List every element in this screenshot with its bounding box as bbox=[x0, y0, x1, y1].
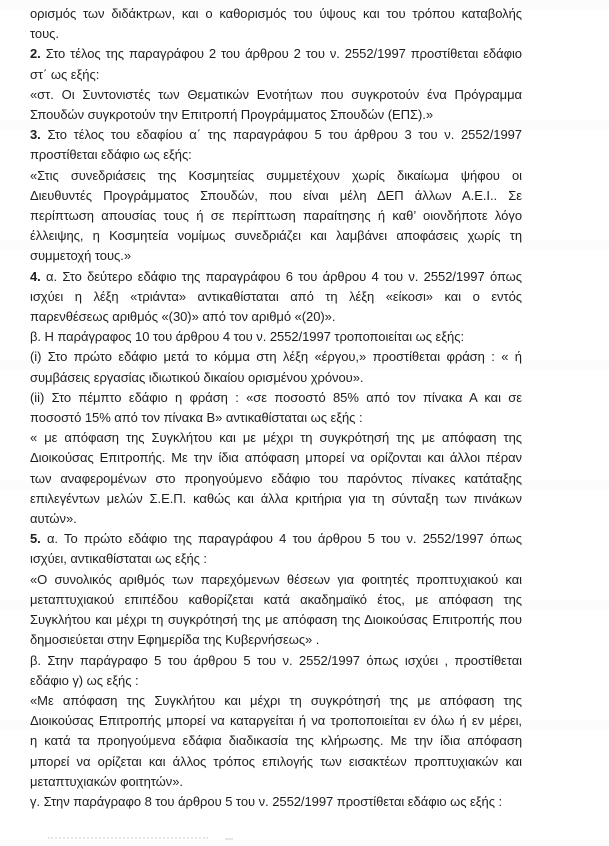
text-line: Διευθυντές Προγράμματος Σπουδών, που είν… bbox=[30, 186, 522, 206]
text-line: περίπτωση απουσίας τους ή σε περίπτωση π… bbox=[30, 206, 522, 226]
text-line: β. Η παράγραφος 10 του άρθρου 4 του ν. 2… bbox=[30, 327, 522, 347]
scan-artifact-dot bbox=[225, 838, 233, 840]
text-line: Διοικούσας Επιτροπής μπορεί να καταργείτ… bbox=[30, 711, 522, 731]
paragraph: γ. Στην παράγραφο 8 του άρθρου 5 του ν. … bbox=[30, 792, 522, 812]
paragraph: 4. α. Στο δεύτερο εδάφιο της παραγράφου … bbox=[30, 267, 522, 328]
text-line: «Ο συνολικός αριθμός των παρεχόμενων θέσ… bbox=[30, 570, 522, 590]
text-line: δημοσιεύεται στην Εφημερίδα της Κυβερνήσ… bbox=[30, 630, 522, 650]
paragraph: (ii) Στο πέμπτο εδάφιο η φράση : «σε ποσ… bbox=[30, 388, 522, 428]
text-line: προστίθεται εδάφιο ως εξής: bbox=[30, 145, 522, 165]
text-line: Σπουδών συγκροτούν την Επιτροπή Προγράμμ… bbox=[30, 105, 522, 125]
text-line: επιλεγέντων μελών Σ.Ε.Π. καθώς και άλλα … bbox=[30, 489, 522, 509]
paragraph-number: 2. bbox=[30, 46, 41, 61]
text-line: «στ. Οι Συντονιστές των Θεματικών Ενοτήτ… bbox=[30, 85, 522, 105]
text-line: ποσοστό 15% από τον πίνακα Β» αντικαθίστ… bbox=[30, 408, 522, 428]
text-line: τους. bbox=[30, 24, 522, 44]
scan-artifact bbox=[48, 837, 208, 843]
text-line: στ΄ ως εξής: bbox=[30, 65, 522, 85]
text-line: 3. Στο τέλος του εδαφίου α΄ της παραγράφ… bbox=[30, 125, 522, 145]
text-line: συμβάσεις εργασίας ιδιωτικού δικαίου ορι… bbox=[30, 368, 522, 388]
paragraph: β. Η παράγραφος 10 του άρθρου 4 του ν. 2… bbox=[30, 327, 522, 347]
text-line: «Με απόφαση της Συγκλήτου και μέχρι τη σ… bbox=[30, 691, 522, 711]
text-line: « με απόφαση της Συγκλήτου και με μέχρι … bbox=[30, 428, 522, 448]
paragraph-number: 5. bbox=[30, 531, 41, 546]
text-line: παρενθέσεως αριθμός «(30)» από τον αριθμ… bbox=[30, 307, 522, 327]
text-line: 4. α. Στο δεύτερο εδάφιο της παραγράφου … bbox=[30, 267, 522, 287]
text-line: β. Στην παράγραφο 5 του άρθρου 5 του ν. … bbox=[30, 651, 522, 671]
paragraph: ορισμός των διδάκτρων, και ο καθορισμός … bbox=[30, 4, 522, 44]
paragraph: (i) Στο πρώτο εδάφιο μετά το κόμμα στη λ… bbox=[30, 347, 522, 387]
paragraph: «στ. Οι Συντονιστές των Θεματικών Ενοτήτ… bbox=[30, 85, 522, 125]
text-line: αυτών». bbox=[30, 509, 522, 529]
paragraph-number: 4. bbox=[30, 269, 41, 284]
text-line: Συγκλήτου και μέχρι τη συγκρότησή της με… bbox=[30, 610, 522, 630]
text-line: μεταπτυχιακών φοιτητών». bbox=[30, 772, 522, 792]
paragraph: «Ο συνολικός αριθμός των παρεχόμενων θέσ… bbox=[30, 570, 522, 651]
paragraph: 5. α. Το πρώτο εδάφιο της παραγράφου 4 τ… bbox=[30, 529, 522, 569]
text-line: «Στις συνεδριάσεις της Κοσμητείας συμμετ… bbox=[30, 166, 522, 186]
text-line: εδάφιο γ) ως εξής : bbox=[30, 671, 522, 691]
text-line: Διοικούσας Επιτροπής. Με την ίδια απόφασ… bbox=[30, 448, 522, 468]
paragraph: 2. Στο τέλος της παραγράφου 2 του άρθρου… bbox=[30, 44, 522, 84]
paragraph: «Με απόφαση της Συγκλήτου και μέχρι τη σ… bbox=[30, 691, 522, 792]
text-line: συμμετοχή τους.» bbox=[30, 246, 522, 266]
text-line: (ii) Στο πέμπτο εδάφιο η φράση : «σε ποσ… bbox=[30, 388, 522, 408]
paragraph: β. Στην παράγραφο 5 του άρθρου 5 του ν. … bbox=[30, 651, 522, 691]
text-line: γ. Στην παράγραφο 8 του άρθρου 5 του ν. … bbox=[30, 792, 522, 812]
document-page: ορισμός των διδάκτρων, και ο καθορισμός … bbox=[0, 0, 609, 846]
text-line: μπορεί να ορίζεται και άλλος τρόπος επιλ… bbox=[30, 752, 522, 772]
text-line: (i) Στο πρώτο εδάφιο μετά το κόμμα στη λ… bbox=[30, 347, 522, 367]
text-line: μεταπτυχιακού επιπέδου καθορίζεται κατά … bbox=[30, 590, 522, 610]
text-line: 2. Στο τέλος της παραγράφου 2 του άρθρου… bbox=[30, 44, 522, 64]
document-body: ορισμός των διδάκτρων, και ο καθορισμός … bbox=[30, 4, 522, 812]
paragraph: «Στις συνεδριάσεις της Κοσμητείας συμμετ… bbox=[30, 166, 522, 267]
text-line: των αναφερομένων στο προηγούμενο εδάφιο … bbox=[30, 469, 522, 489]
text-line: ορισμός των διδάκτρων, και ο καθορισμός … bbox=[30, 4, 522, 24]
text-line: η κατά τα προηγούμενα εδάφια διαδικασία … bbox=[30, 731, 522, 751]
text-line: 5. α. Το πρώτο εδάφιο της παραγράφου 4 τ… bbox=[30, 529, 522, 549]
text-line: ισχύει η λέξη «τριάντα» αντικαθίσταται α… bbox=[30, 287, 522, 307]
paragraph: « με απόφαση της Συγκλήτου και με μέχρι … bbox=[30, 428, 522, 529]
text-line: ισχύει, αντικαθίσταται ως εξής : bbox=[30, 549, 522, 569]
paragraph: 3. Στο τέλος του εδαφίου α΄ της παραγράφ… bbox=[30, 125, 522, 165]
text-line: έλλειψης, η Κοσμητεία νομίμως συνεδριάζε… bbox=[30, 226, 522, 246]
paragraph-number: 3. bbox=[30, 127, 41, 142]
